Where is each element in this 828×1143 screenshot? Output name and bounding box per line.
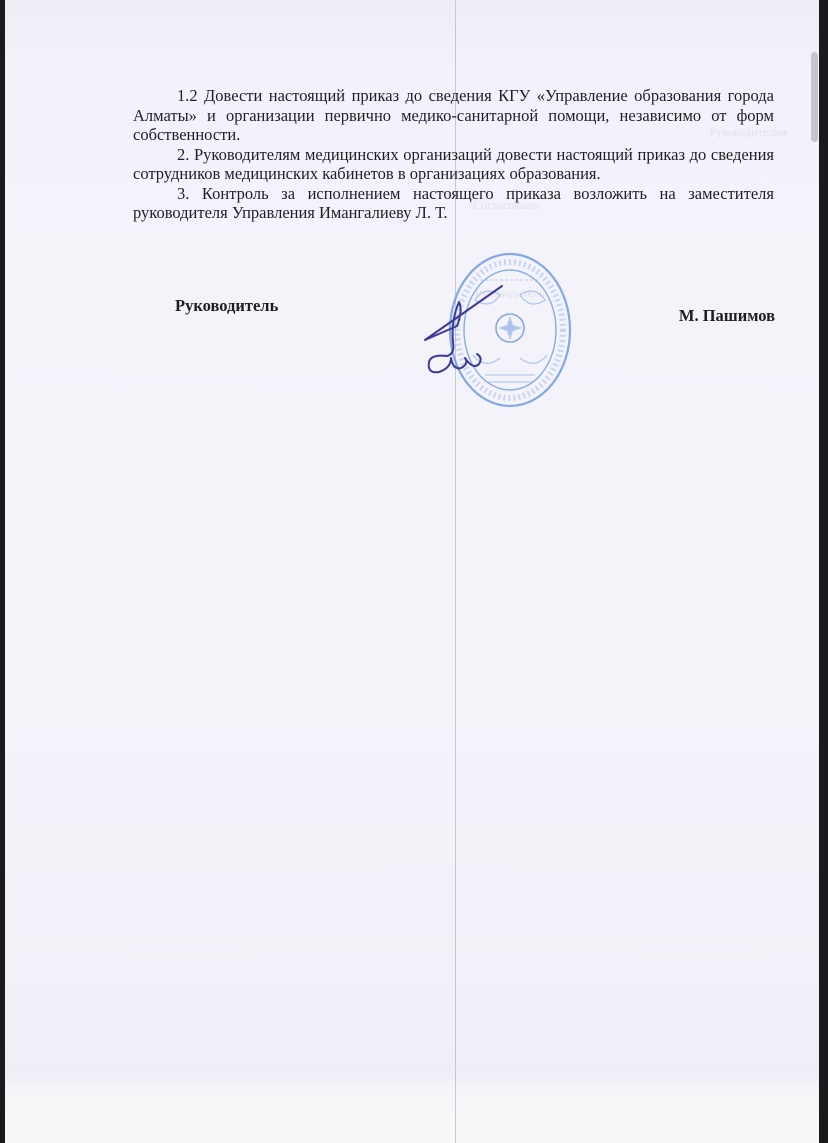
paragraph-1-2: 1.2 Довести настоящий приказ до сведения… [133,86,774,145]
document-body: 1.2 Довести настоящий приказ до сведения… [133,86,774,223]
vertical-scrollbar[interactable] [811,0,819,1143]
handwritten-signature-icon [417,280,507,380]
document-viewer: Руководителям Согласовано: Руководитель … [0,0,828,1143]
scrollbar-thumb[interactable] [811,52,818,142]
paragraph-2: 2. Руководителям медицинских организаций… [133,145,774,184]
paragraph-3: 3. Контроль за исполнением настоящего пр… [133,184,774,223]
document-page: Руководителям Согласовано: Руководитель … [5,0,819,1143]
signatory-name: М. Пашимов [679,306,775,326]
signatory-title: Руководитель [175,296,278,316]
